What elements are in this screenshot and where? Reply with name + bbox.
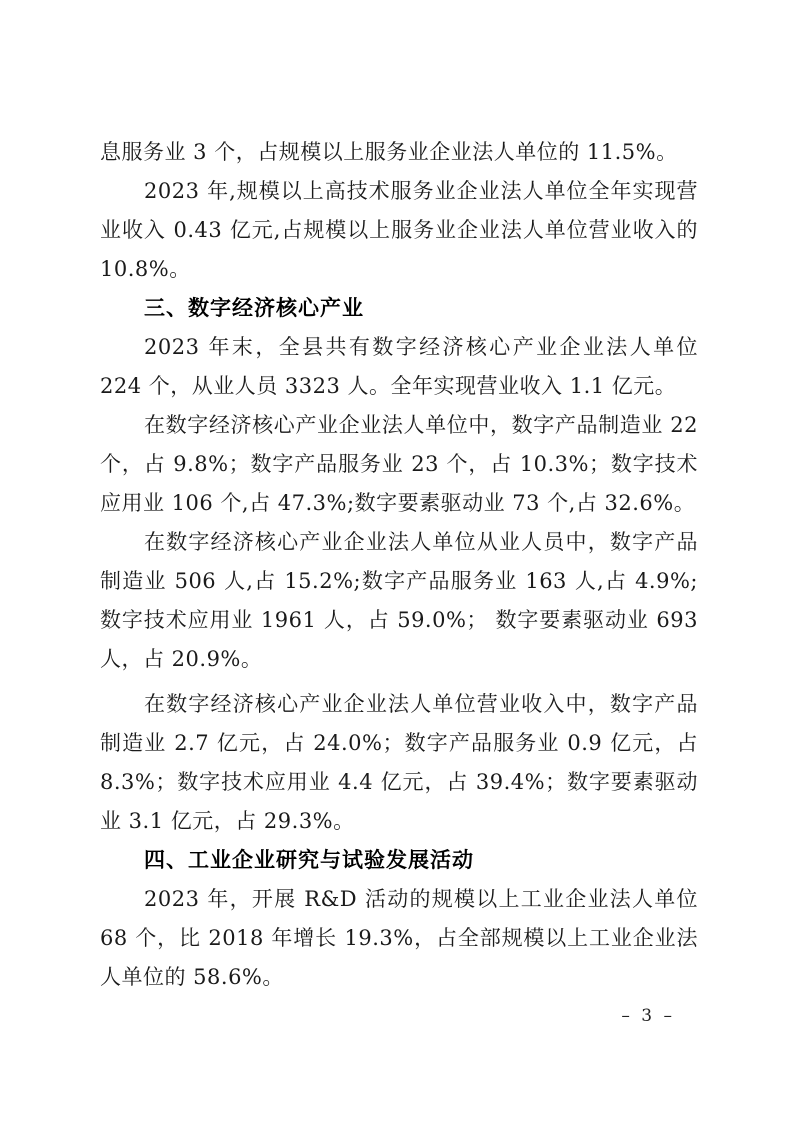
paragraph: 息服务业 3 个，占规模以上服务业企业法人单位的 11.5%。 — [100, 133, 698, 172]
paragraph: 在数字经济核心产业企业法人单位中，数字产品制造业 22 个，占 9.8%；数字产… — [100, 406, 698, 523]
document-body: 息服务业 3 个，占规模以上服务业企业法人单位的 11.5%。2023 年,规模… — [100, 133, 698, 997]
section-heading: 三、数字经济核心产业 — [100, 289, 698, 328]
paragraph: 2023 年末，全县共有数字经济核心产业企业法人单位 224 个，从业人员 33… — [100, 328, 698, 406]
document-page: 息服务业 3 个，占规模以上服务业企业法人单位的 11.5%。2023 年,规模… — [0, 0, 793, 1122]
paragraph: 2023 年,规模以上高技术服务业企业法人单位全年实现营业收入 0.43 亿元,… — [100, 172, 698, 289]
page-number: – 3 – — [621, 1006, 675, 1026]
paragraph: 在数字经济核心产业企业法人单位从业人员中，数字产品制造业 506 人,占 15.… — [100, 523, 698, 679]
section-heading: 四、工业企业研究与试验发展活动 — [100, 841, 698, 880]
paragraph: 在数字经济核心产业企业法人单位营业收入中，数字产品制造业 2.7 亿元，占 24… — [100, 685, 698, 841]
paragraph: 2023 年，开展 R&D 活动的规模以上工业企业法人单位 68 个，比 201… — [100, 880, 698, 997]
